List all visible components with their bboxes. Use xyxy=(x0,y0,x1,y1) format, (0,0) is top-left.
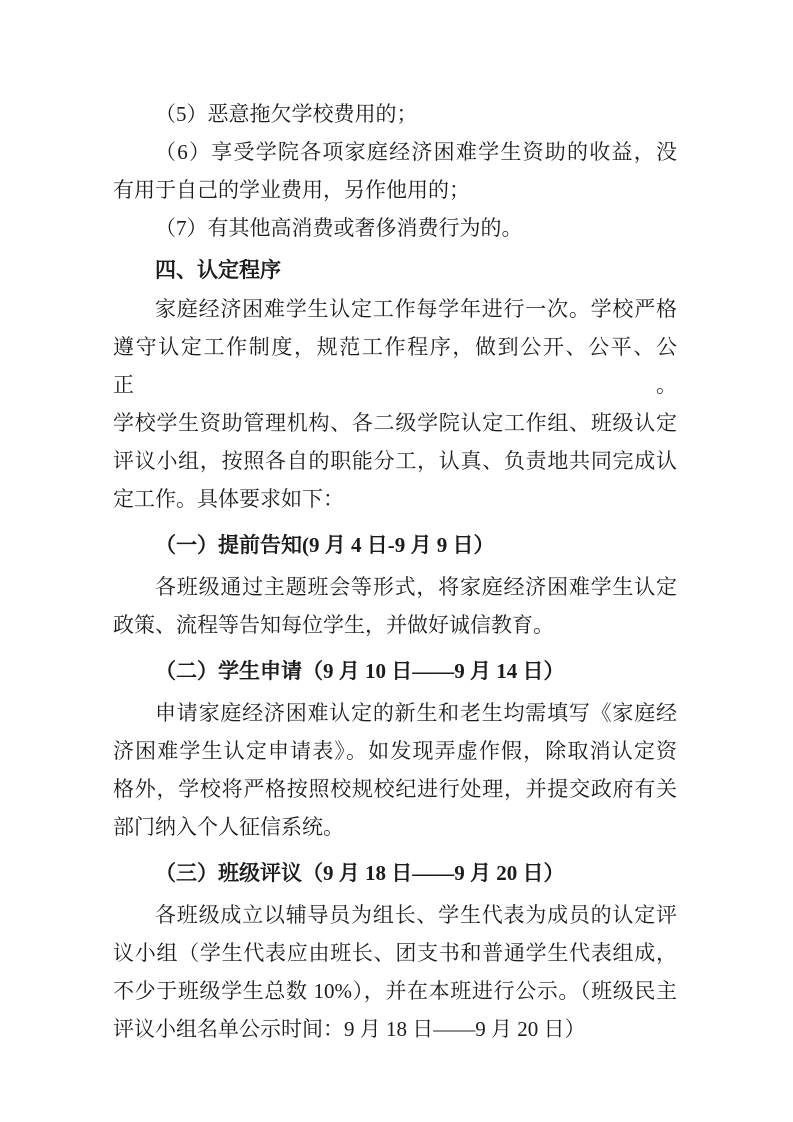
list-item-7: （7）有其他高消费或奢侈消费行为的。 xyxy=(113,209,677,247)
text-line: 格外，学校将严格按照校规校纪进行处理，并提交政府有关 xyxy=(113,770,677,808)
document-page: （5）恶意拖欠学校费用的；（6）享受学院各项家庭经济困难学生资助的收益，没有用于… xyxy=(0,0,793,1122)
section-heading-4: 四、认定程序 xyxy=(113,252,677,290)
list-item-6: （6）享受学院各项家庭经济困难学生资助的收益，没有用于自己的学业费用，另作他用的… xyxy=(113,133,677,209)
text-line: 济困难学生认定申请表》。如发现弄虚作假，除取消认定资 xyxy=(113,732,677,770)
paragraph-overview: 家庭经济困难学生认定工作每学年进行一次。学校严格遵守认定工作制度，规范工作程序，… xyxy=(113,290,677,518)
list-item-5: （5）恶意拖欠学校费用的； xyxy=(113,95,677,133)
paragraph-notice: 各班级通过主题班会等形式，将家庭经济困难学生认定政策、流程等告知每位学生，并做好… xyxy=(113,568,677,644)
text-line: 部门纳入个人征信系统。 xyxy=(113,808,677,846)
subsection-heading-1: （一）提前告知(9 月 4 日-9 月 9 日） xyxy=(113,526,677,564)
subsection-heading-2: （二）学生申请（9 月 10 日——9 月 14 日） xyxy=(113,652,677,690)
text-line: 政策、流程等告知每位学生，并做好诚信教育。 xyxy=(113,606,677,644)
text-line: 评议小组，按照各自的职能分工，认真、负责地共同完成认 xyxy=(113,442,677,480)
text-line: 有用于自己的学业费用，另作他用的； xyxy=(113,171,677,209)
text-line: 定工作。具体要求如下： xyxy=(113,480,677,518)
text-line: 四、认定程序 xyxy=(113,252,677,290)
text-line: （7）有其他高消费或奢侈消费行为的。 xyxy=(113,209,677,247)
text-line: 评议小组名单公示时间：9 月 18 日——9 月 20 日） xyxy=(113,1010,677,1048)
text-line: 议小组（学生代表应由班长、团支书和普通学生代表组成， xyxy=(113,934,677,972)
text-line: 学校学生资助管理机构、各二级学院认定工作组、班级认定 xyxy=(113,404,677,442)
text-line: （三）班级评议（9 月 18 日——9 月 20 日） xyxy=(113,854,677,892)
text-line: 不少于班级学生总数 10%），并在本班进行公示。（班级民主 xyxy=(113,972,677,1010)
document-body: （5）恶意拖欠学校费用的；（6）享受学院各项家庭经济困难学生资助的收益，没有用于… xyxy=(113,95,677,1048)
paragraph-class-review: 各班级成立以辅导员为组长、学生代表为成员的认定评议小组（学生代表应由班长、团支书… xyxy=(113,896,677,1048)
text-line: （5）恶意拖欠学校费用的； xyxy=(113,95,677,133)
text-line: （一）提前告知(9 月 4 日-9 月 9 日） xyxy=(113,526,677,564)
subsection-heading-3: （三）班级评议（9 月 18 日——9 月 20 日） xyxy=(113,854,677,892)
text-line: 各班级通过主题班会等形式，将家庭经济困难学生认定 xyxy=(113,568,677,606)
text-line: 各班级成立以辅导员为组长、学生代表为成员的认定评 xyxy=(113,896,677,934)
text-line: （二）学生申请（9 月 10 日——9 月 14 日） xyxy=(113,652,677,690)
text-line: 申请家庭经济困难认定的新生和老生均需填写《家庭经 xyxy=(113,694,677,732)
paragraph-application: 申请家庭经济困难认定的新生和老生均需填写《家庭经济困难学生认定申请表》。如发现弄… xyxy=(113,694,677,846)
text-line: （6）享受学院各项家庭经济困难学生资助的收益，没 xyxy=(113,133,677,171)
text-line: 遵守认定工作制度，规范工作程序，做到公开、公平、公正。 xyxy=(113,328,677,404)
text-line: 家庭经济困难学生认定工作每学年进行一次。学校严格 xyxy=(113,290,677,328)
